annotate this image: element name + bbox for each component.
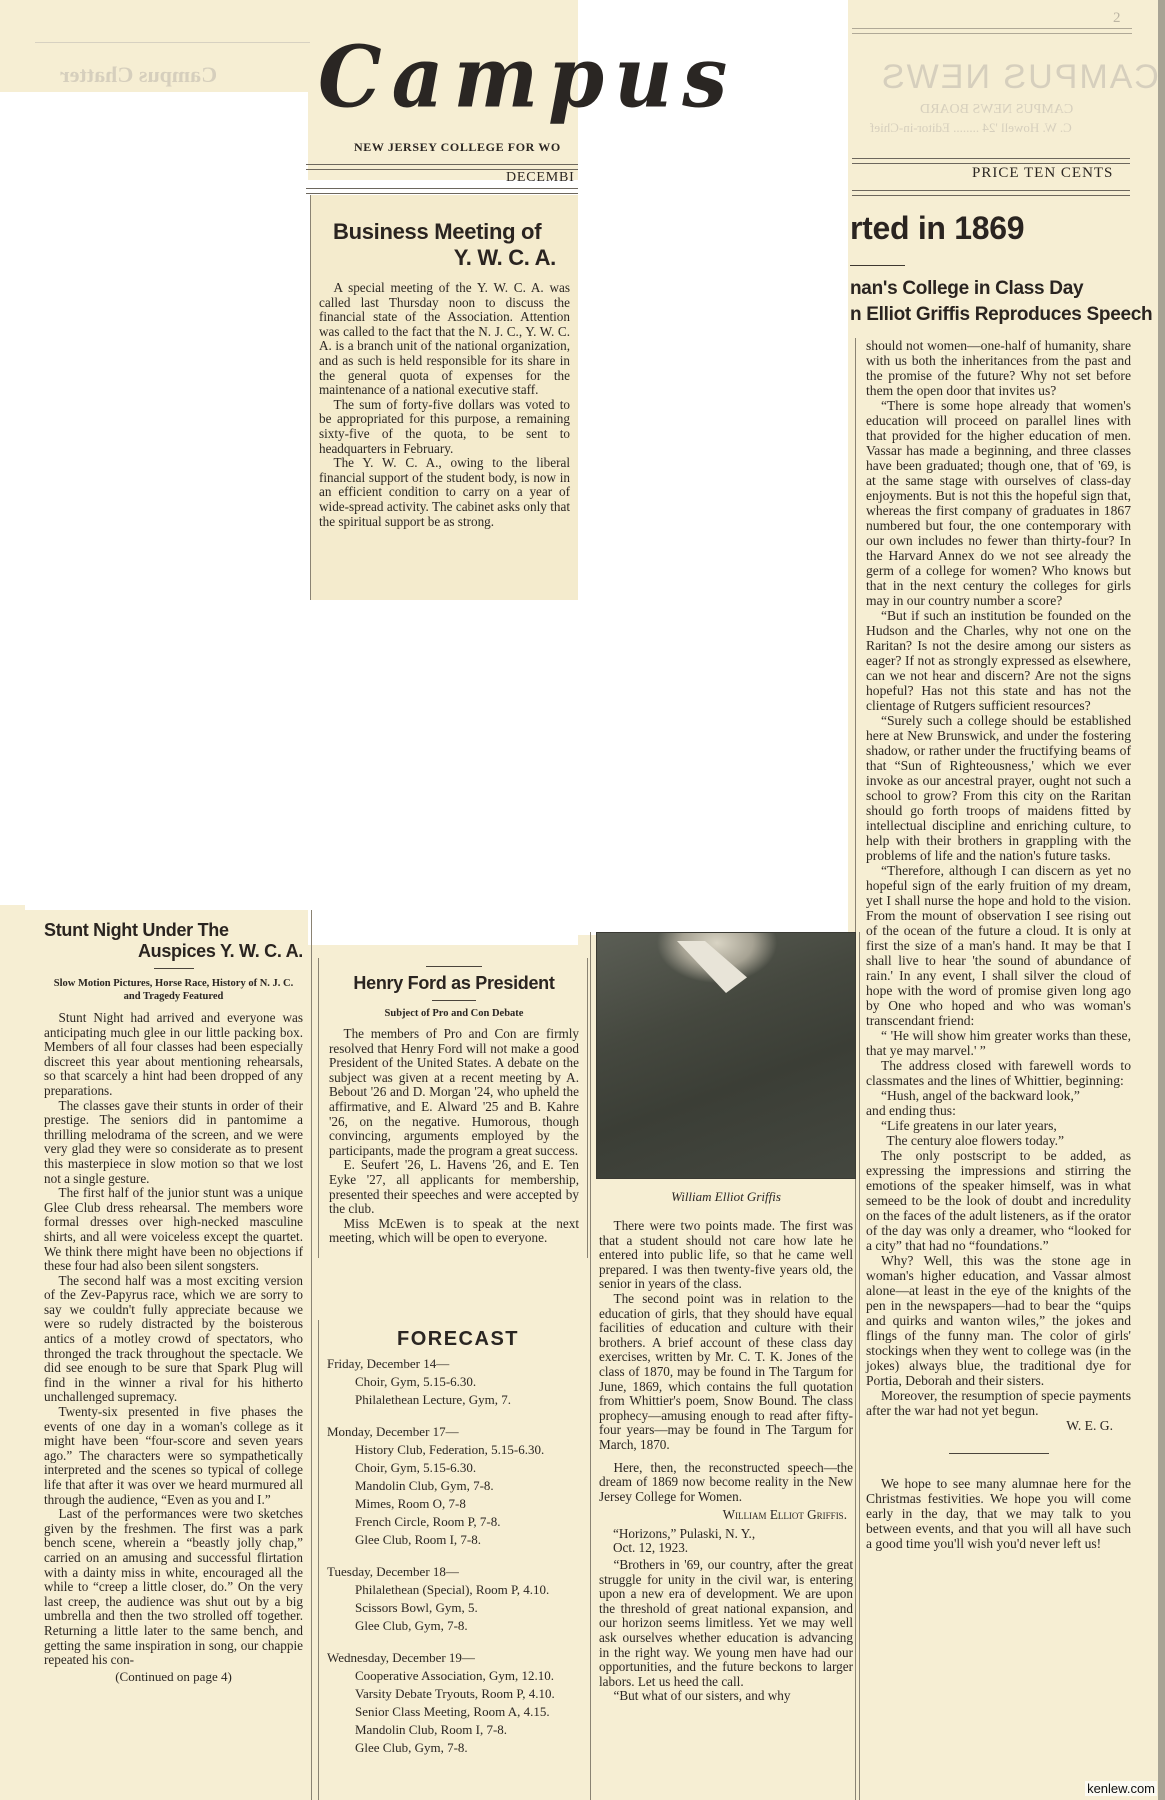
ywca-article: Business Meeting of Y. W. C. A. A specia… [310, 195, 578, 600]
griffis-paragraph: Why? Well, this was the stone age in wom… [866, 1253, 1131, 1388]
section-divider [949, 1453, 1049, 1454]
griffis-paragraph: The address closed with farewell words t… [866, 1058, 1131, 1088]
stunt-paragraph: The classes gave their stunts in order o… [44, 1099, 303, 1187]
forecast-event: Choir, Gym, 5.15-6.30. [327, 1459, 589, 1477]
griffis-subhead-line2: n Elliot Griffis Reproduces Speech [850, 304, 1152, 326]
forecast-event: French Circle, Room P, 7-8. [327, 1513, 589, 1531]
forecast-list: Friday, December 14—Choir, Gym, 5.15-6.3… [327, 1355, 589, 1757]
continued-note: (Continued on page 4) [44, 1669, 303, 1685]
masthead-subtitle: NEW JERSEY COLLEGE FOR WO [354, 140, 561, 155]
ywca-paragraph: A special meeting of the Y. W. C. A. was… [319, 281, 570, 398]
forecast-event: Mandolin Club, Room I, 7-8. [327, 1721, 589, 1739]
masthead-date: DECEMBI [506, 170, 575, 186]
stunt-subhead: Slow Motion Pictures, Horse Race, Histor… [44, 977, 303, 1003]
stunt-paragraph: Last of the performances were two sketch… [44, 1507, 303, 1668]
watermark: kenlew.com [1085, 1781, 1157, 1796]
stunt-headline-line2: Auspices Y. W. C. A. [44, 941, 303, 962]
griffis-portrait-photo [596, 932, 856, 1179]
forecast-event: Philalethean Lecture, Gym, 7. [327, 1391, 589, 1409]
headline-rule [154, 968, 194, 969]
forecast-event: Glee Club, Gym, 7-8. [327, 1617, 589, 1635]
masthead-rule-right-top [852, 28, 1132, 34]
forecast-day: Monday, December 17— [327, 1423, 589, 1441]
photo-paragraph: “But what of our sisters, and why [599, 1689, 853, 1704]
ford-paragraph: The members of Pro and Con are firmly re… [329, 1027, 579, 1158]
photo-caption: William Elliot Griffis [599, 1189, 853, 1205]
blank-cutout-left [25, 92, 308, 910]
blank-cutout-gap [270, 600, 310, 910]
forecast-title: FORECAST [327, 1328, 589, 1351]
ywca-body: A special meeting of the Y. W. C. A. was… [319, 281, 570, 529]
ywca-headline-line1: Business Meeting of [333, 219, 570, 245]
forecast-day: Tuesday, December 18— [327, 1563, 589, 1581]
price: PRICE TEN CENTS [972, 165, 1113, 182]
ford-paragraph: E. Seufert '26, L. Havens '26, and E. Te… [329, 1158, 579, 1216]
photo-column: William Elliot Griffis There were two po… [590, 932, 860, 1800]
ford-body: The members of Pro and Con are firmly re… [329, 1027, 579, 1246]
forecast-event: Senior Class Meeting, Room A, 4.15. [327, 1703, 589, 1721]
forecast-event: Mimes, Room O, 7-8 [327, 1495, 589, 1513]
griffis-paragraph: “Life greatens in our later years, [866, 1118, 1131, 1133]
top-rule [426, 966, 482, 967]
dateline-date: Oct. 12, 1923. [599, 1541, 853, 1556]
griffis-body: should not women—one-half of humanity, s… [866, 338, 1131, 1551]
griffis-signature: W. E. G. [866, 1418, 1131, 1433]
ford-paragraph: Miss McEwen is to speak at the next meet… [329, 1217, 579, 1246]
collar [677, 941, 747, 993]
alumnae-note: We hope to see many alumnae here for the… [866, 1476, 1131, 1551]
forecast-event: Scissors Bowl, Gym, 5. [327, 1599, 589, 1617]
page-number: 2 [1113, 10, 1121, 27]
forecast-event: Varsity Debate Tryouts, Room P, 4.10. [327, 1685, 589, 1703]
griffis-headline-rule [850, 265, 905, 266]
photo-column-body: There were two points made. The first wa… [599, 1219, 853, 1704]
ghost-left-header: Campus Chatter [60, 62, 217, 88]
forecast-event: Cooperative Association, Gym, 12.10. [327, 1667, 589, 1685]
masthead-rule-bottom-left [306, 188, 578, 194]
stunt-paragraph: The second half was a most exciting vers… [44, 1274, 303, 1405]
ford-headline: Henry Ford as President [329, 973, 579, 994]
forecast-event: Glee Club, Room I, 7-8. [327, 1531, 589, 1549]
masthead-title: Campus [318, 28, 737, 127]
stunt-body: Stunt Night had arrived and everyone was… [44, 1011, 303, 1668]
photo-paragraph: “Brothers in '69, our country, after the… [599, 1558, 853, 1689]
griffis-paragraph: “Therefore, although I can discern as ye… [866, 863, 1131, 1028]
photo-paragraph: Here, then, the reconstructed speech—the… [599, 1461, 853, 1505]
griffis-subhead-line1: nan's College in Class Day [850, 278, 1083, 300]
forecast-event: Mandolin Club, Gym, 7-8. [327, 1477, 589, 1495]
stunt-article: Stunt Night Under The Auspices Y. W. C. … [30, 910, 312, 1800]
blank-cutout-mid [308, 600, 578, 945]
ywca-paragraph: The sum of forty-five dollars was voted … [319, 398, 570, 456]
photo-paragraph: The second point was in relation to the … [599, 1292, 853, 1453]
forecast-event: Choir, Gym, 5.15-6.30. [327, 1373, 589, 1391]
griffis-body-column: should not women—one-half of humanity, s… [855, 338, 1135, 1800]
forecast: FORECAST Friday, December 14—Choir, Gym,… [318, 1320, 593, 1800]
griffis-paragraph: should not women—one-half of humanity, s… [866, 338, 1131, 398]
ford-article: Henry Ford as President Subject of Pro a… [318, 958, 588, 1258]
griffis-paragraph: “Hush, angel of the backward look,” [866, 1088, 1131, 1103]
author-signature: William Elliot Griffis. [599, 1508, 853, 1523]
griffis-paragraph: “Surely such a college should be establi… [866, 713, 1131, 863]
stunt-paragraph: Stunt Night had arrived and everyone was… [44, 1011, 303, 1099]
stunt-paragraph: Twenty-six presented in five phases the … [44, 1405, 303, 1507]
forecast-day: Wednesday, December 19— [327, 1649, 589, 1667]
griffis-paragraph: The century aloe flowers today.” [866, 1133, 1131, 1148]
ywca-paragraph: The Y. W. C. A., owing to the liberal fi… [319, 456, 570, 529]
stunt-headline-line1: Stunt Night Under The [44, 920, 303, 941]
griffis-paragraph: “There is some hope already that women's… [866, 398, 1131, 608]
forecast-event: Philalethean (Special), Room P, 4.10. [327, 1581, 589, 1599]
griffis-paragraph: and ending thus: [866, 1103, 1131, 1118]
right-edge-shadow [1158, 0, 1165, 1800]
stunt-paragraph: The first half of the junior stunt was a… [44, 1186, 303, 1274]
ywca-headline-line2: Y. W. C. A. [319, 245, 570, 271]
masthead-rule-right-bottom [852, 190, 1130, 196]
griffis-headline: rted in 1869 [850, 210, 1024, 247]
forecast-event: History Club, Federation, 5.15-6.30. [327, 1441, 589, 1459]
griffis-paragraph: “ 'He will show him greater works than t… [866, 1028, 1131, 1058]
headline-rule [432, 1000, 476, 1001]
griffis-paragraph: “But if such an institution be founded o… [866, 608, 1131, 713]
photo-paragraph: There were two points made. The first wa… [599, 1219, 853, 1292]
forecast-day: Friday, December 14— [327, 1355, 589, 1373]
ford-subhead: Subject of Pro and Con Debate [329, 1007, 579, 1021]
masthead-rule-right [852, 158, 1130, 164]
griffis-paragraph: Moreover, the resumption of specie payme… [866, 1388, 1131, 1418]
griffis-paragraph: The only postscript to be added, as expr… [866, 1148, 1131, 1253]
dateline-place: “Horizons,” Pulaski, N. Y., [599, 1527, 853, 1542]
forecast-event: Glee Club, Gym, 7-8. [327, 1739, 589, 1757]
